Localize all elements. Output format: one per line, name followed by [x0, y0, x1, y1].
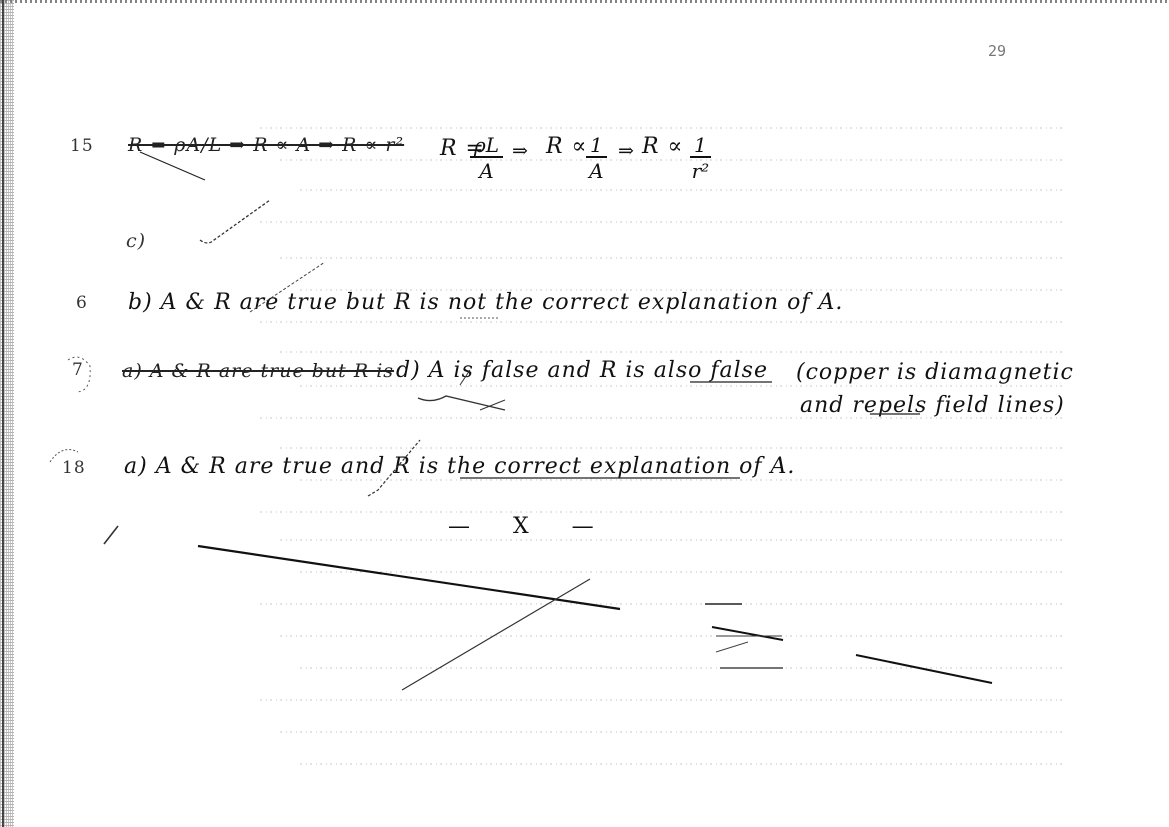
- right-stroke-small: [716, 642, 748, 652]
- right-strike-2: [856, 655, 992, 683]
- pen-strokes: [0, 0, 1169, 827]
- q7-tick-icon: [418, 396, 505, 410]
- right-strike-1: [712, 627, 783, 640]
- q15-tick-icon: [200, 200, 270, 243]
- blank-space-crossout-line-2: [402, 579, 590, 690]
- q7-tick-stroke: [460, 370, 470, 385]
- margin-tick-icon: [104, 526, 118, 544]
- blank-space-crossout-line-1: [198, 546, 620, 609]
- q6-tick-icon: [250, 262, 325, 312]
- q15-strike-diagonal: [140, 152, 205, 180]
- q18-tick-icon: [368, 440, 420, 496]
- q18-circle-mark: [50, 450, 78, 462]
- answer-sheet-page: 29 15 R = ρA/L ⇒ R ∝ A ⇒ R ∝ r² R = ρL A…: [0, 0, 1169, 827]
- q7-circle-mark: [68, 357, 90, 392]
